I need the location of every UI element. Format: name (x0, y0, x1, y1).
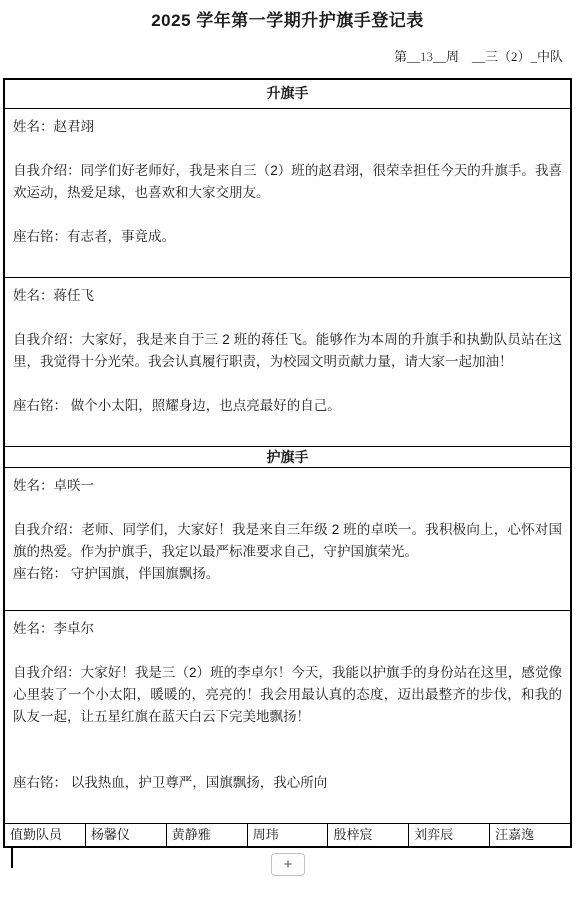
week-prefix: 第__ (394, 49, 420, 64)
page-title: 2025 学年第一学期升护旗手登记表 (0, 6, 575, 31)
duty-member-cell: 汪嘉逸 (489, 824, 570, 846)
duty-member-cell: 杨馨仪 (85, 824, 166, 846)
duty-member-cell: 刘弈辰 (408, 824, 489, 846)
student-name-line: 姓名：蒋任飞 (13, 285, 562, 307)
week-suffix: __周 __三（2）_中队 (433, 49, 563, 64)
student-intro-line: 自我介绍：大家好，我是来自于三 2 班的蒋任飞。能够作为本周的升旗手和执勤队员站… (13, 329, 562, 373)
entry-flag-guard-2: 姓名：李卓尔 自我介绍：大家好！我是三（2）班的李卓尔！今天，我能以护旗手的身份… (5, 610, 570, 823)
week-class-line: 第__13__周 __三（2）_中队 (0, 46, 575, 65)
student-name-line: 姓名：赵君翊 (13, 116, 562, 138)
week-number: 13 (420, 49, 433, 64)
student-intro-line: 自我介绍：大家好！我是三（2）班的李卓尔！今天，我能以护旗手的身份站在这里，感觉… (13, 662, 562, 728)
entry-flag-raiser-2: 姓名：蒋任飞 自我介绍：大家好，我是来自于三 2 班的蒋任飞。能够作为本周的升旗… (5, 277, 570, 446)
student-intro-line: 自我介绍：老师、同学们，大家好！我是来自三年级 2 班的卓咲一。我积极向上，心怀… (13, 519, 562, 563)
section-header-flag-guard: 护旗手 (5, 446, 570, 467)
student-motto-line: 座右铭：有志者，事竟成。 (13, 226, 562, 248)
add-content-button[interactable]: + (271, 853, 305, 876)
student-motto-line: 座右铭： 守护国旗，伴国旗飘扬。 (13, 563, 562, 585)
entry-flag-guard-1: 姓名：卓咲一 自我介绍：老师、同学们，大家好！我是来自三年级 2 班的卓咲一。我… (5, 467, 570, 610)
duty-member-cell: 黄静雅 (166, 824, 247, 846)
duty-member-cell: 殷梓宸 (327, 824, 408, 846)
duty-member-cell: 周玮 (247, 824, 328, 846)
student-intro-line: 自我介绍：同学们好老师好，我是来自三（2）班的赵君翊，很荣幸担任今天的升旗手。我… (13, 160, 562, 204)
duty-roster-row: 值勤队员 杨馨仪 黄静雅 周玮 殷梓宸 刘弈辰 汪嘉逸 (5, 823, 570, 846)
student-name-line: 姓名：李卓尔 (13, 618, 562, 640)
section-header-flag-raiser: 升旗手 (5, 80, 570, 108)
document-page: 2025 学年第一学期升护旗手登记表 第__13__周 __三（2）_中队 升旗… (0, 0, 575, 906)
duty-label-cell: 值勤队员 (5, 824, 85, 846)
student-motto-line: 座右铭： 做个小太阳，照耀身边，也点亮最好的自己。 (13, 395, 562, 417)
text-cursor (11, 847, 13, 868)
registration-table: 升旗手 姓名：赵君翊 自我介绍：同学们好老师好，我是来自三（2）班的赵君翊，很荣… (3, 78, 572, 848)
student-motto-line: 座右铭： 以我热血，护卫尊严，国旗飘扬，我心所向 (13, 772, 562, 794)
student-name-line: 姓名：卓咲一 (13, 475, 562, 497)
entry-flag-raiser-1: 姓名：赵君翊 自我介绍：同学们好老师好，我是来自三（2）班的赵君翊，很荣幸担任今… (5, 108, 570, 277)
